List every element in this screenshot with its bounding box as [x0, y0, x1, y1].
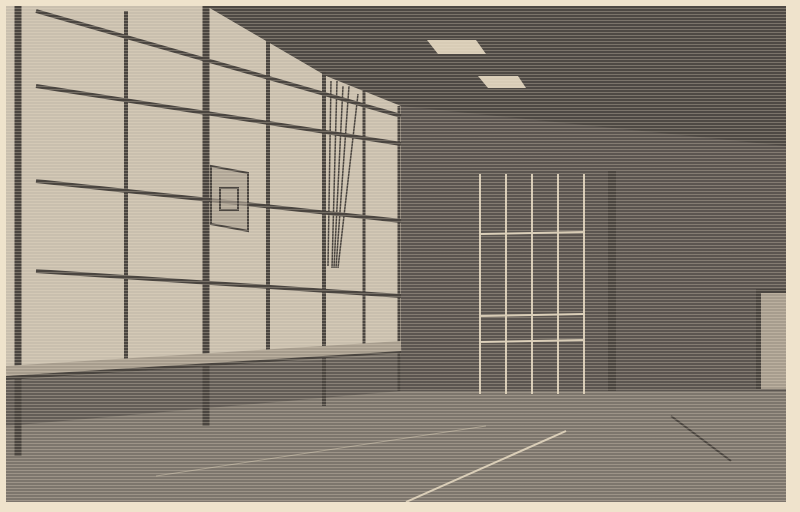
doorway [756, 289, 786, 389]
gym-photograph [6, 6, 786, 502]
basketball-backboard [211, 166, 248, 231]
gym-scene [6, 6, 786, 502]
brick-back-wall [401, 106, 786, 391]
wall-pillar [608, 171, 616, 391]
